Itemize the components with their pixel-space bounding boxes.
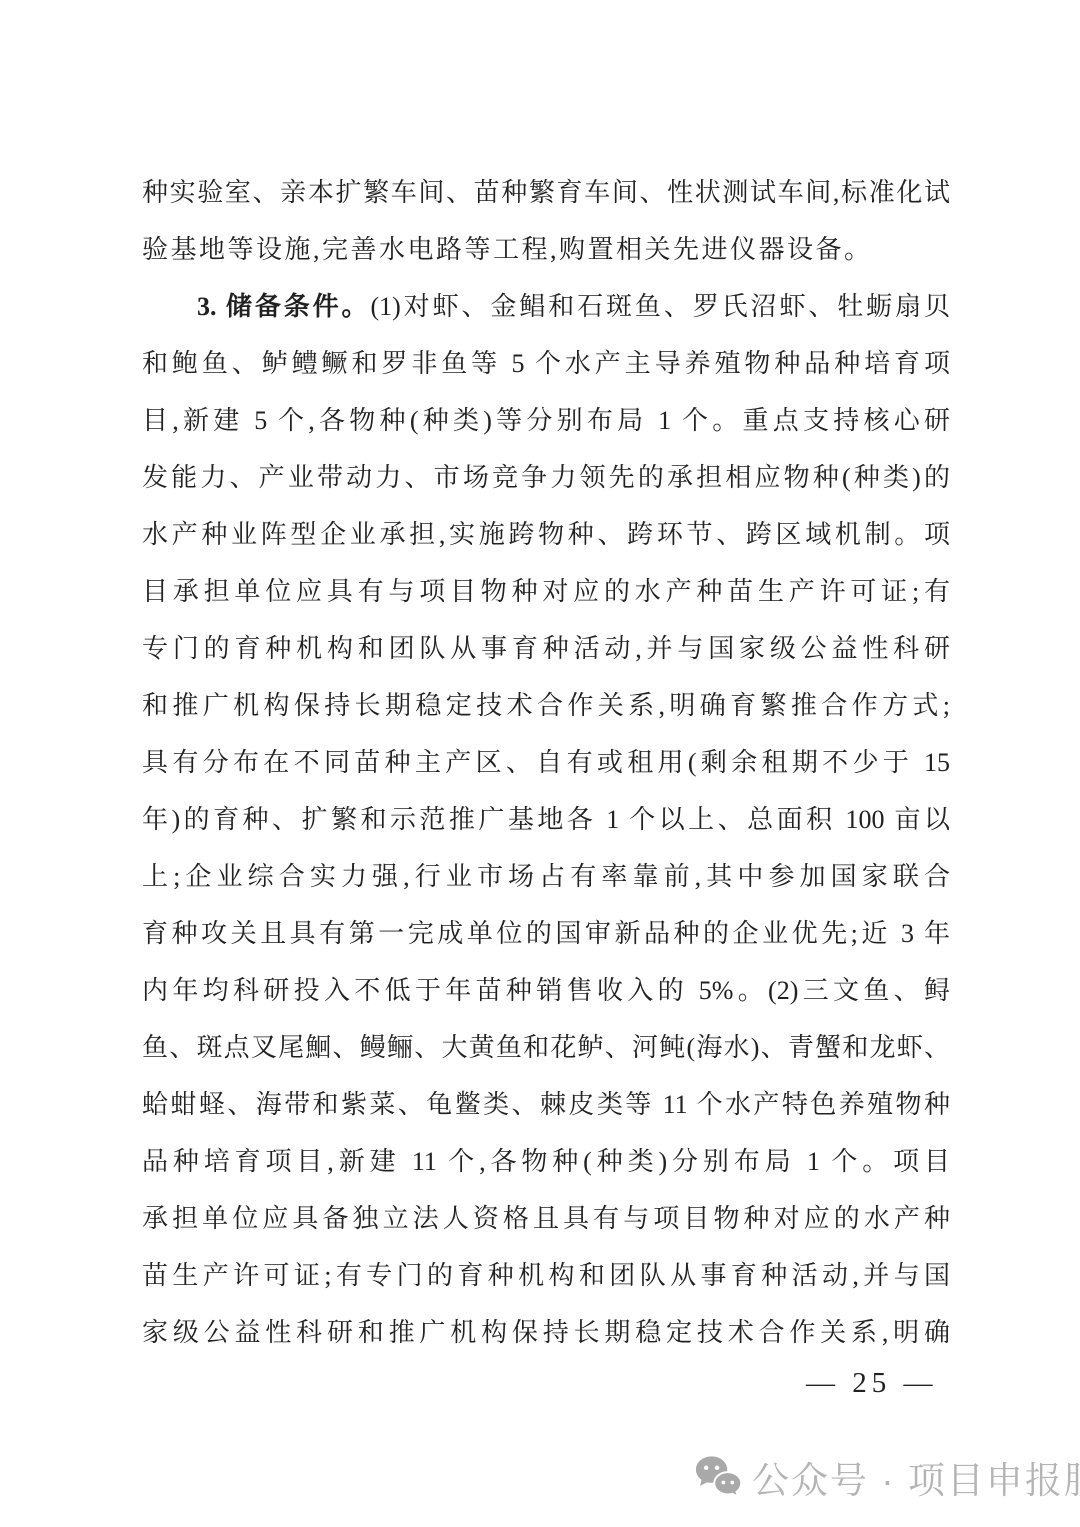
text-line: 具有分布在不同苗种主产区、自有或租用(剩余租期不少于 15 bbox=[142, 734, 950, 791]
text-line: 种实验室、亲本扩繁车间、苗种繁育车间、性状测试车间,标准化试 bbox=[142, 164, 950, 221]
page-number-text: — 25 — bbox=[806, 1367, 938, 1399]
wechat-icon bbox=[694, 1455, 742, 1499]
watermark-text: 公众号 · 项目申报服务 bbox=[752, 1450, 1080, 1504]
text-line: 水产种业阵型企业承担,实施跨物种、跨环节、跨区域机制。项 bbox=[142, 506, 950, 563]
text-line: 品种培育项目,新建 11 个,各物种(种类)分别布局 1 个。项目 bbox=[142, 1133, 950, 1190]
text-line: 承担单位应具备独立法人资格且具有与项目物种对应的水产种 bbox=[142, 1190, 950, 1247]
text-line: 3. 储备条件。(1)对虾、金鲳和石斑鱼、罗氏沼虾、牡蛎扇贝 bbox=[142, 278, 950, 335]
document-body: 种实验室、亲本扩繁车间、苗种繁育车间、性状测试车间,标准化试验基地等设施,完善水… bbox=[142, 164, 950, 1361]
page-number: — 25 — bbox=[806, 1367, 938, 1400]
text-line: 验基地等设施,完善水电路等工程,购置相关先进仪器设备。 bbox=[142, 221, 950, 278]
text-line: 目承担单位应具有与项目物种对应的水产种苗生产许可证;有 bbox=[142, 563, 950, 620]
text-line: 目,新建 5 个,各物种(种类)等分别布局 1 个。重点支持核心研 bbox=[142, 392, 950, 449]
text-line: 家级公益性科研和推广机构保持长期稳定技术合作关系,明确 bbox=[142, 1304, 950, 1361]
text-line: 和鲍鱼、鲈鳢鳜和罗非鱼等 5 个水产主导养殖物种品种培育项 bbox=[142, 335, 950, 392]
text-line: 上;企业综合实力强,行业市场占有率靠前,其中参加国家联合 bbox=[142, 848, 950, 905]
text-line: 内年均科研投入不低于年苗种销售收入的 5%。(2)三文鱼、鲟 bbox=[142, 962, 950, 1019]
text-line: 专门的育种机构和团队从事育种活动,并与国家级公益性科研 bbox=[142, 620, 950, 677]
text-line: 年)的育种、扩繁和示范推广基地各 1 个以上、总面积 100 亩以 bbox=[142, 791, 950, 848]
text-line: 鱼、斑点叉尾鮰、鳗鲡、大黄鱼和花鲈、河鲀(海水)、青蟹和龙虾、 bbox=[142, 1019, 950, 1076]
text-line: 和推广机构保持长期稳定技术合作关系,明确育繁推合作方式; bbox=[142, 677, 950, 734]
text-line-bold-run: 3. 储备条件。 bbox=[197, 292, 370, 321]
document-page: 种实验室、亲本扩繁车间、苗种繁育车间、性状测试车间,标准化试验基地等设施,完善水… bbox=[0, 0, 1080, 1527]
text-line: 苗生产许可证;有专门的育种机构和团队从事育种活动,并与国 bbox=[142, 1247, 950, 1304]
watermark-footer: 公众号 · 项目申报服务 bbox=[694, 1450, 1080, 1504]
text-line: 蛤蚶蛏、海带和紫菜、龟鳖类、棘皮类等 11 个水产特色养殖物种 bbox=[142, 1076, 950, 1133]
text-line: 育种攻关且具有第一完成单位的国审新品种的企业优先;近 3 年 bbox=[142, 905, 950, 962]
text-line: 发能力、产业带动力、市场竞争力领先的承担相应物种(种类)的 bbox=[142, 449, 950, 506]
